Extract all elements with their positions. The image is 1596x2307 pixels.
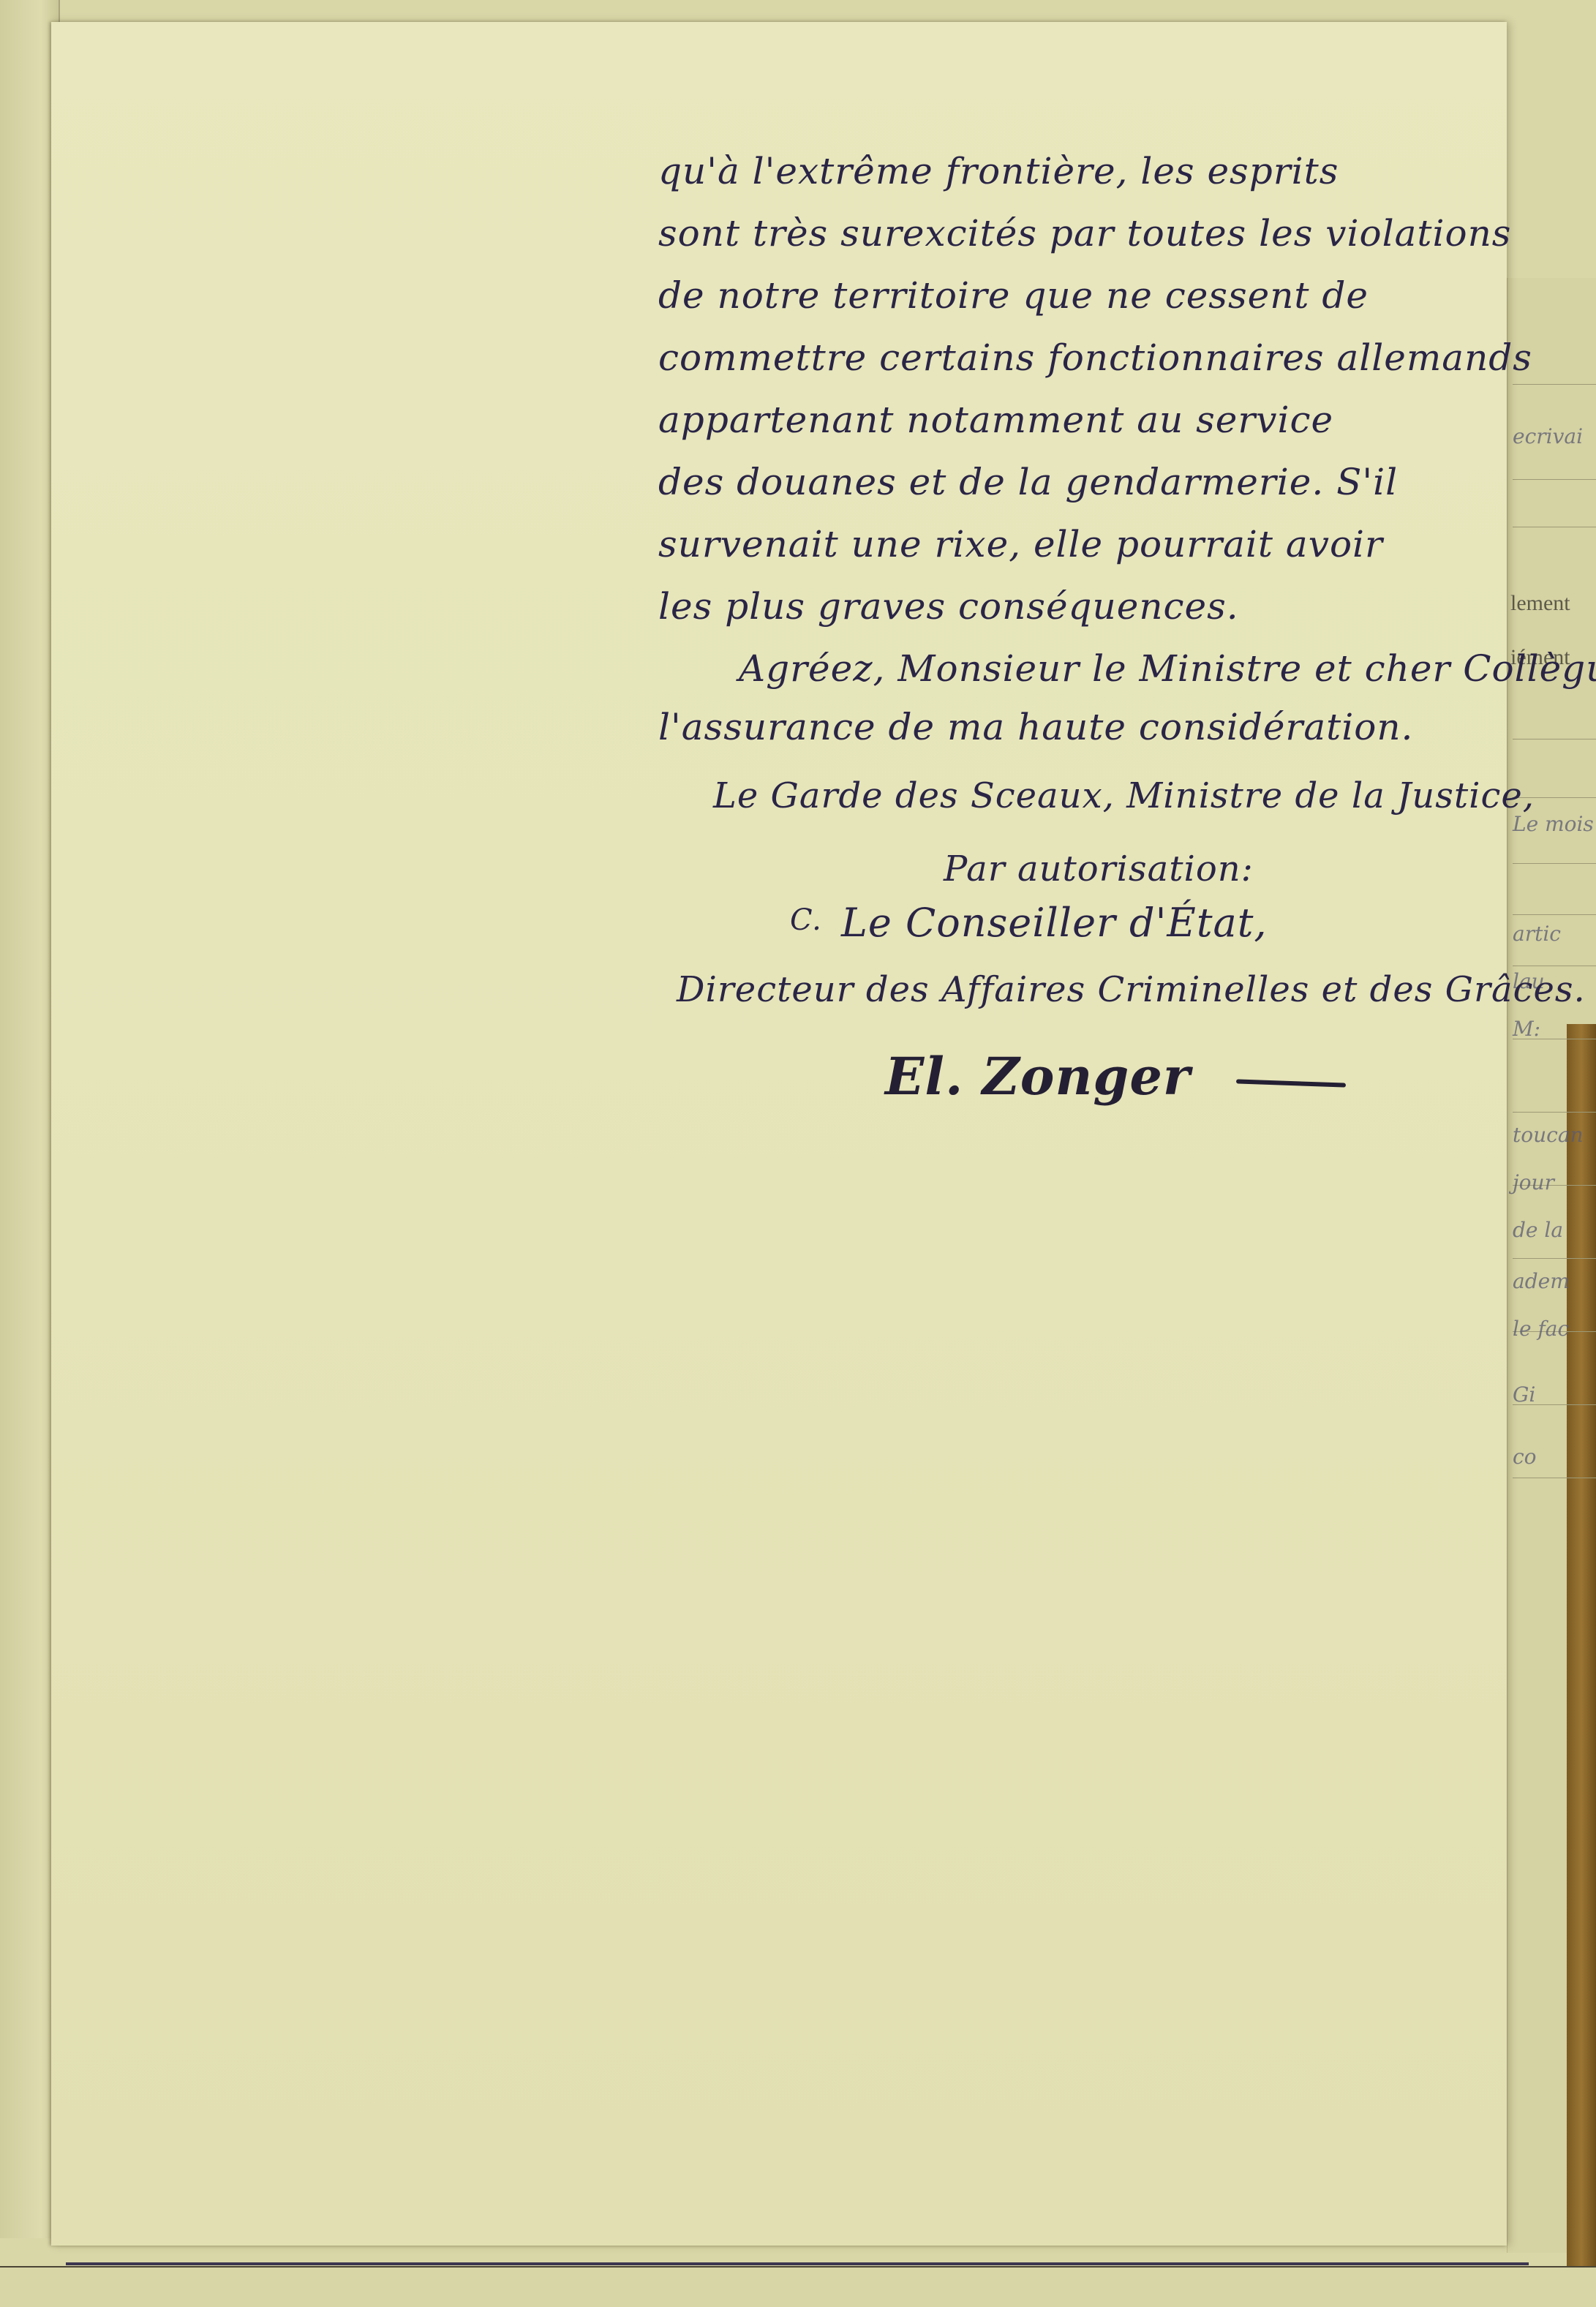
ruled-line	[1513, 1478, 1596, 1478]
closing-director: Directeur des Affaires Criminelles et de…	[677, 969, 1586, 1010]
underlying-handwriting: co	[1513, 1445, 1537, 1469]
body-line: de notre territoire que ne cessent de	[658, 274, 1369, 317]
ruled-line	[1513, 527, 1596, 527]
underlying-handwriting: toucan	[1513, 1123, 1584, 1147]
ruled-line	[1513, 479, 1596, 480]
underlying-handwriting: Gi	[1513, 1382, 1535, 1407]
wooden-table	[1567, 1024, 1596, 2307]
body-line: sont très surexcités par toutes les viol…	[658, 212, 1511, 255]
body-line: commettre certains fonctionnaires allema…	[658, 336, 1532, 379]
closing-conseiller: Le Conseiller d'État,	[841, 900, 1268, 946]
ruled-line	[1513, 384, 1596, 385]
ruled-line	[1513, 966, 1596, 966]
ruled-line	[1513, 1112, 1596, 1113]
closing-prefix: C.	[790, 903, 822, 937]
signature: El. Zonger	[885, 1046, 1191, 1107]
closing-title: Le Garde des Sceaux, Ministre de la Just…	[713, 775, 1535, 816]
ruled-line	[1513, 863, 1596, 864]
underlying-handwriting: jour	[1513, 1170, 1554, 1194]
body-line: les plus graves conséquences.	[658, 585, 1239, 628]
underlying-handwriting: ecrivai	[1513, 424, 1583, 448]
closing-authorization: Par autorisation:	[944, 848, 1254, 889]
ruled-line	[1513, 1258, 1596, 1259]
salutation-line: Agréez, Monsieur le Ministre et cher Col…	[739, 647, 1596, 690]
bottom-underlying-sheet	[0, 2266, 1596, 2307]
ruled-line	[1513, 914, 1596, 915]
body-line: des douanes et de la gendarmerie. S'il	[658, 461, 1398, 503]
underlying-handwriting: adem	[1513, 1269, 1570, 1293]
underlying-printed-text: lement	[1510, 591, 1570, 616]
ruled-line	[1513, 739, 1596, 739]
underlying-handwriting: de la	[1513, 1218, 1563, 1242]
page-bottom-edge	[66, 2262, 1529, 2265]
body-line: qu'à l'extrême frontière, les esprits	[658, 150, 1339, 192]
salutation-line: l'assurance de ma haute considération.	[658, 706, 1413, 748]
underlying-handwriting: M:	[1513, 1017, 1540, 1041]
body-line: appartenant notamment au service	[658, 399, 1333, 441]
underlying-handwriting: artic	[1513, 922, 1561, 946]
body-line: survenait une rixe, elle pourrait avoir	[658, 523, 1383, 565]
underlying-handwriting: le fac	[1513, 1317, 1569, 1341]
